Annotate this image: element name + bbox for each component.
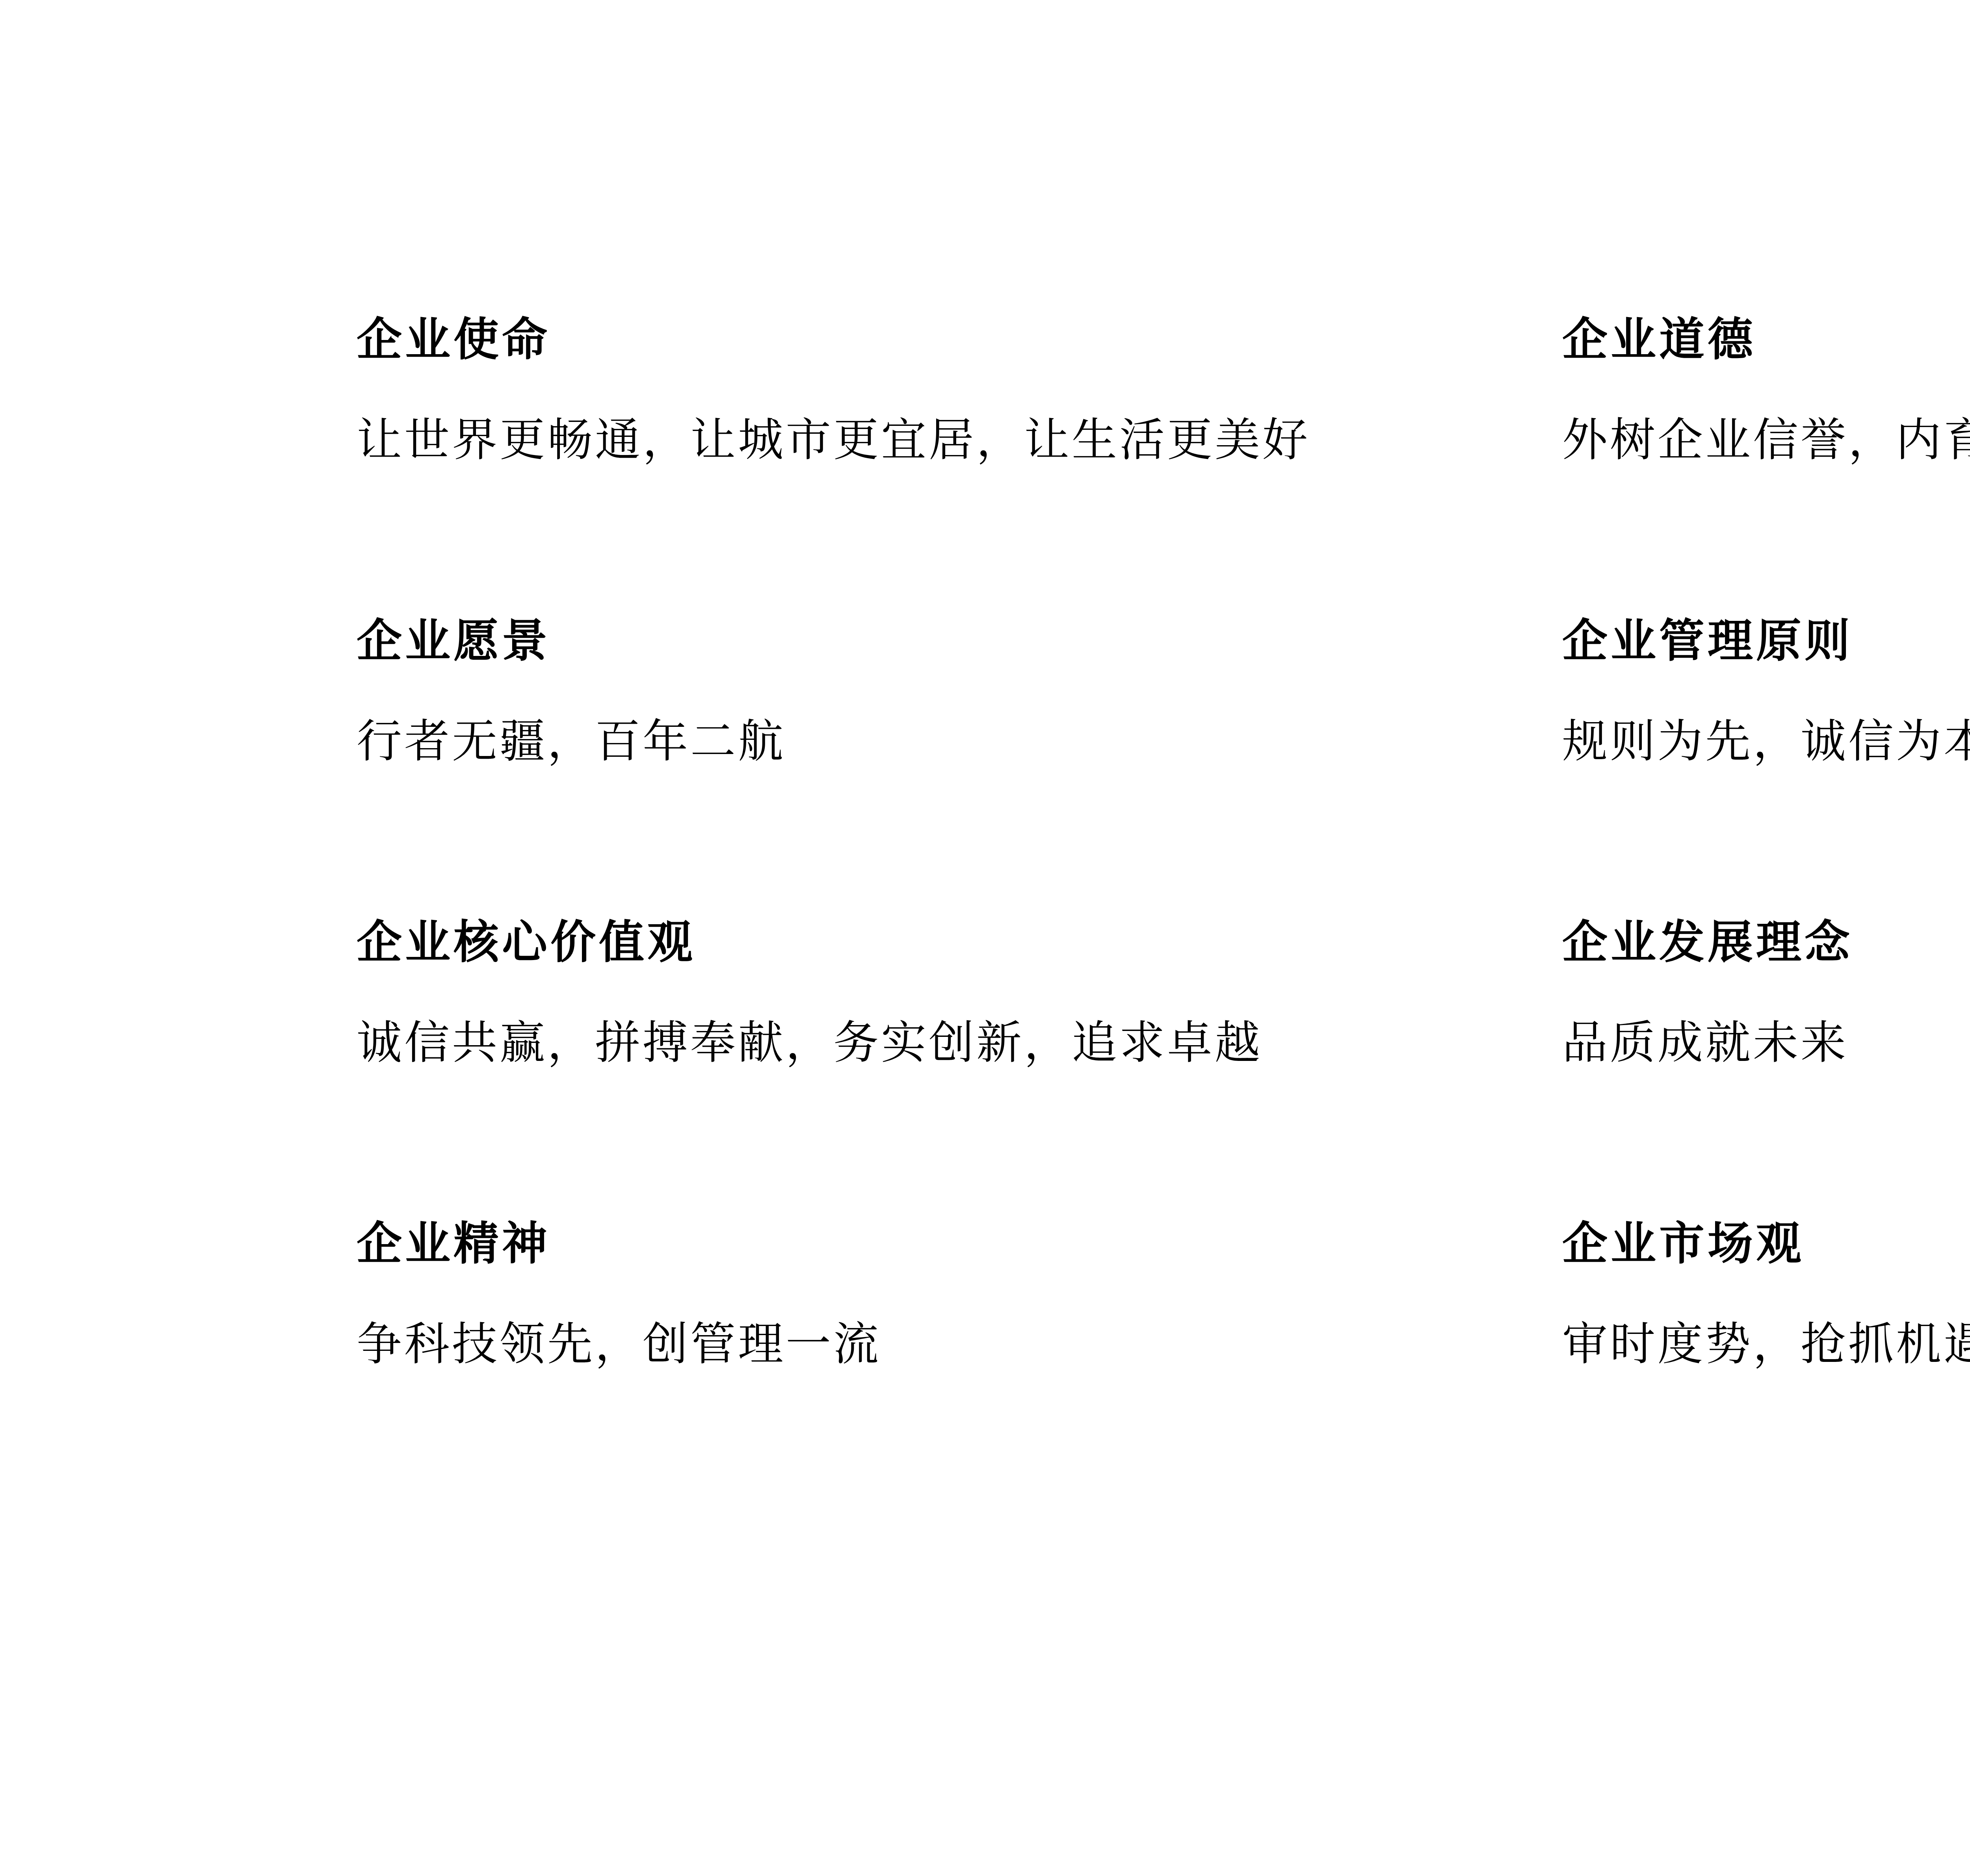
left-column: 企业使命 让世界更畅通，让城市更宜居，让生活更美好 企业愿景 行者无疆，百年二航… — [357, 317, 1499, 1523]
section-spirit: 企业精神 争科技领先，创管理一流 — [357, 1221, 1499, 1367]
section-heading: 企业愿景 — [357, 619, 1499, 664]
section-heading: 企业发展理念 — [1562, 920, 1970, 965]
section-body: 审时度势，抢抓机遇 — [1562, 1322, 1970, 1367]
section-heading: 企业市场观 — [1562, 1221, 1970, 1267]
section-ethics: 企业道德 外树企业信誉，内育职业忠诚 — [1562, 317, 1970, 463]
section-heading: 企业核心价值观 — [357, 920, 1499, 965]
section-body: 让世界更畅通，让城市更宜居，让生活更美好 — [357, 418, 1499, 463]
document-page: { "page": { "background": "#ffffff", "te… — [0, 0, 1970, 1876]
section-body: 品质成就未来 — [1562, 1020, 1970, 1066]
section-body: 争科技领先，创管理一流 — [357, 1322, 1499, 1367]
section-core-values: 企业核心价值观 诚信共赢，拼搏奉献，务实创新，追求卓越 — [357, 920, 1499, 1066]
section-heading: 企业管理原则 — [1562, 619, 1970, 664]
section-market-view: 企业市场观 审时度势，抢抓机遇 — [1562, 1221, 1970, 1367]
section-heading: 企业道德 — [1562, 317, 1970, 362]
section-heading: 企业精神 — [357, 1221, 1499, 1267]
section-development-philosophy: 企业发展理念 品质成就未来 — [1562, 920, 1970, 1066]
section-heading: 企业使命 — [357, 317, 1499, 362]
section-body: 规则为先，诚信为本，和谐为道，创新为魂 — [1562, 719, 1970, 764]
section-vision: 企业愿景 行者无疆，百年二航 — [357, 619, 1499, 764]
section-mission: 企业使命 让世界更畅通，让城市更宜居，让生活更美好 — [357, 317, 1499, 463]
right-column: 企业道德 外树企业信誉，内育职业忠诚 企业管理原则 规则为先，诚信为本，和谐为道… — [1562, 317, 1970, 1523]
section-body: 诚信共赢，拼搏奉献，务实创新，追求卓越 — [357, 1020, 1499, 1066]
section-body: 外树企业信誉，内育职业忠诚 — [1562, 418, 1970, 463]
section-management-principles: 企业管理原则 规则为先，诚信为本，和谐为道，创新为魂 — [1562, 619, 1970, 764]
section-body: 行者无疆，百年二航 — [357, 719, 1499, 764]
